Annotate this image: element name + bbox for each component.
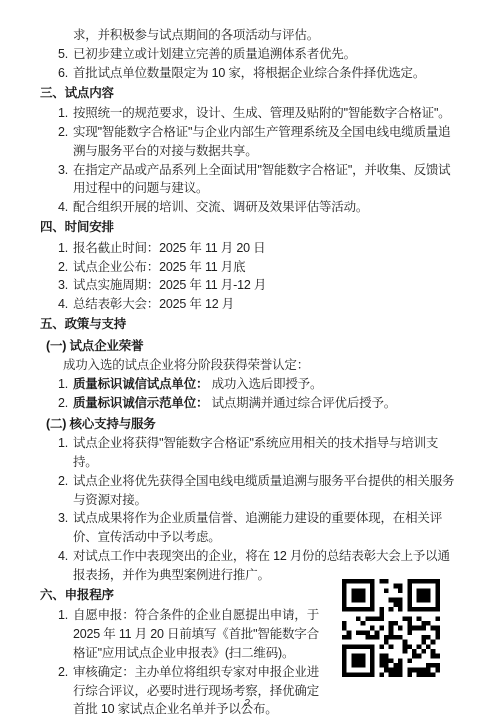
list-item-text: 试点成果将作为企业质量信誉、追溯能力建设的重要体现，在相关评价、宣传活动中予以考… — [73, 509, 455, 547]
list-item-number: 3. — [58, 509, 73, 547]
list-item-text: 配合组织开展的培训、交流、调研及效果评估等活动。 — [73, 198, 455, 217]
qr-code-image — [342, 579, 440, 677]
list-item: 1. 按照统一的规范要求，设计、生成、管理及贴附的"智能数字合格证"。 — [40, 104, 455, 123]
list-item-text: 试点实施周期：2025 年 11 月-12 月 — [73, 276, 455, 295]
list-item-text: 实现"智能数字合格证"与企业内部生产管理系统及全国电线电缆质量追溯与服务平台的对… — [73, 123, 455, 161]
list-item-number: 2. — [58, 123, 73, 161]
list-item: 2. 试点企业公布：2025 年 11 月底 — [40, 258, 455, 277]
list-item: 3. 试点实施周期：2025 年 11 月-12 月 — [40, 276, 455, 295]
list-item-text: 质量标识诚信示范单位： 试点期满并通过综合评优后授予。 — [73, 394, 455, 413]
list-item-number: 2. — [58, 394, 73, 413]
list-item-number: 1. — [58, 375, 73, 394]
section-heading-4: 四、时间安排 — [40, 218, 455, 237]
list-item: 6. 首批试点单位数量限定为 10 家，将根据企业综合条件择优选定。 — [40, 64, 455, 83]
honor-title-label: 质量标识诚信试点单位： — [73, 377, 208, 391]
list-item-number: 5. — [58, 45, 73, 64]
list-item-number: 3. — [58, 161, 73, 199]
list-item: 2. 实现"智能数字合格证"与企业内部生产管理系统及全国电线电缆质量追溯与服务平… — [40, 123, 455, 161]
list-item-text: 质量标识诚信试点单位： 成功入选后即授予。 — [73, 375, 455, 394]
list-item-text: 首批试点单位数量限定为 10 家，将根据企业综合条件择优选定。 — [73, 64, 455, 83]
list-item: 4. 配合组织开展的培训、交流、调研及效果评估等活动。 — [40, 198, 455, 217]
honor-title-desc: 成功入选后即授予。 — [208, 377, 322, 391]
list-item-number: 6. — [58, 64, 73, 83]
list-item-number: 1. — [58, 606, 73, 662]
list-item: 1. 试点企业将获得"智能数字合格证"系统应用相关的技术指导与培训支持。 — [40, 434, 455, 472]
list-item: 5. 已初步建立或计划建立完善的质量追溯体系者优先。 — [40, 45, 455, 64]
list-item-number: 1. — [58, 239, 73, 258]
list-item-number: 2. — [58, 258, 73, 277]
list-item-text: 在指定产品或产品系列上全面试用"智能数字合格证"，并收集、反馈试用过程中的问题与… — [73, 161, 455, 199]
list-item-text: 已初步建立或计划建立完善的质量追溯体系者优先。 — [73, 45, 455, 64]
list-item: 2. 质量标识诚信示范单位： 试点期满并通过综合评优后授予。 — [40, 394, 455, 413]
subsection-label-2: (二) 核心支持与服务 — [46, 415, 455, 434]
list-item-number: 2. — [58, 472, 73, 510]
list-item-text: 试点企业将获得"智能数字合格证"系统应用相关的技术指导与培训支持。 — [73, 434, 455, 472]
list-item: 2. 试点企业将优先获得全国电线电缆质量追溯与服务平台提供的相关服务与资源对接。 — [40, 472, 455, 510]
list-item-number: 4. — [58, 547, 73, 585]
list-item-number: 1. — [58, 434, 73, 472]
continued-paragraph: 求，并积极参与试点期间的各项活动与评估。 — [73, 26, 455, 45]
honor-title-desc: 试点期满并通过综合评优后授予。 — [208, 396, 396, 410]
list-item-number: 4. — [58, 295, 73, 314]
list-item-text: 试点企业将优先获得全国电线电缆质量追溯与服务平台提供的相关服务与资源对接。 — [73, 472, 455, 510]
section-heading-5: 五、政策与支持 — [40, 315, 455, 334]
list-item-text: 总结表彰大会：2025 年 12 月 — [73, 295, 455, 314]
list-item-number: 1. — [58, 104, 73, 123]
section-heading-3: 三、试点内容 — [40, 84, 455, 103]
list-item: 3. 在指定产品或产品系列上全面试用"智能数字合格证"，并收集、反馈试用过程中的… — [40, 161, 455, 199]
list-item: 1. 报名截止时间：2025 年 11 月 20 日 — [40, 239, 455, 258]
list-item: 4. 总结表彰大会：2025 年 12 月 — [40, 295, 455, 314]
honor-title-label: 质量标识诚信示范单位： — [73, 396, 208, 410]
document-page: 求，并积极参与试点期间的各项活动与评估。 5. 已初步建立或计划建立完善的质量追… — [0, 0, 495, 728]
list-item-text: 按照统一的规范要求，设计、生成、管理及贴附的"智能数字合格证"。 — [73, 104, 455, 123]
page-number: 2 — [0, 694, 495, 713]
qr-code-icon — [342, 579, 440, 677]
list-item-number: 3. — [58, 276, 73, 295]
list-item-text: 试点企业公布：2025 年 11 月底 — [73, 258, 455, 277]
subsection-intro: 成功入选的试点企业将分阶段获得荣誉认定： — [63, 356, 455, 375]
list-item: 3. 试点成果将作为企业质量信誉、追溯能力建设的重要体现，在相关评价、宣传活动中… — [40, 509, 455, 547]
list-item-text: 报名截止时间：2025 年 11 月 20 日 — [73, 239, 455, 258]
list-item-text: 自愿申报：符合条件的企业自愿提出申请，于 2025 年 11 月 20 日前填写… — [73, 606, 327, 662]
subsection-label-1: (一) 试点企业荣誉 — [46, 337, 455, 356]
list-item-number: 4. — [58, 198, 73, 217]
list-item: 1. 质量标识诚信试点单位： 成功入选后即授予。 — [40, 375, 455, 394]
